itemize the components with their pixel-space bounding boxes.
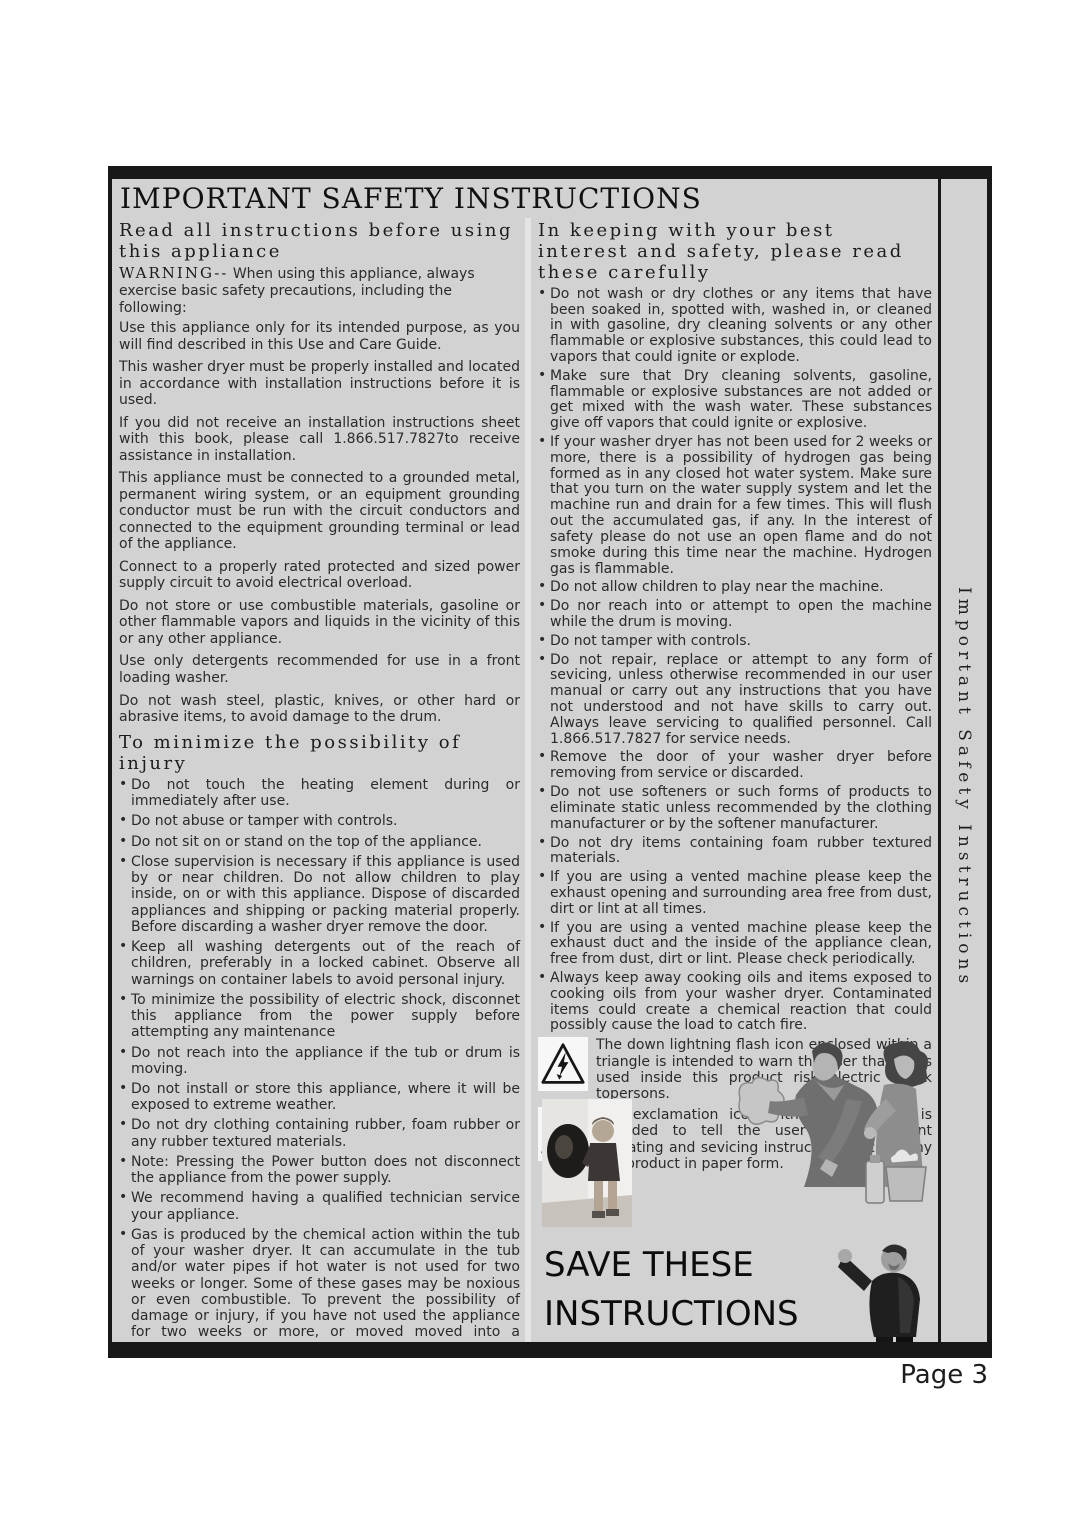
paragraph: This appliance must be connected to a gr… [119,470,520,553]
document-frame: IMPORTANT SAFETY INSTRUCTIONS Read all i… [108,166,992,1358]
paragraph: Use only detergents recommended for use … [119,653,520,686]
bottom-black-bar [108,1342,992,1358]
paragraph: This washer dryer must be properly insta… [119,359,520,409]
top-black-bar [108,166,992,179]
bullet-item: Do not wash or dry clothes or any items … [538,287,932,366]
bullet-item: Do not reach into the appliance if the t… [119,1045,520,1077]
right-bullet-list: Do not wash or dry clothes or any items … [538,287,932,1035]
bullet-item: We recommend having a qualified technici… [119,1190,520,1222]
bullet-item: Always keep away cooking oils and items … [538,971,932,1034]
main-panel: IMPORTANT SAFETY INSTRUCTIONS Read all i… [108,179,938,1342]
warning-label: WARNING-- [119,264,228,282]
bullet-item: If you are using a vented machine please… [538,870,932,917]
paragraph: If you did not receive an installation i… [119,415,520,465]
couple-folding-laundry-illustration [734,1037,938,1232]
bullet-item: Do not touch the heating element during … [119,777,520,809]
bullet-item: Do not install or store this appliance, … [119,1081,520,1113]
save-these-instructions-text: SAVE THESE INSTRUCTIONS [544,1241,799,1340]
bullet-item: Note: Pressing the Power button does not… [119,1154,520,1186]
paragraph: Do not wash steel, plastic, knives, or o… [119,693,520,726]
bullet-item: Do not dry clothing containing rubber, f… [119,1117,520,1149]
bullet-item: Make sure that Dry cleaning solvents, ga… [538,369,932,432]
bullet-item: Remove the door of your washer dryer bef… [538,750,932,782]
left-paragraph-list: Use this appliance only for its intended… [119,320,520,725]
injury-heading: To minimize the possibility of injury [119,732,520,774]
paragraph: Use this appliance only for its intended… [119,320,520,353]
paragraph: Do not store or use combustible material… [119,598,520,648]
left-column-heading: Read all instructions before using this … [119,220,520,262]
child-at-washer-photo [542,1099,632,1227]
bullet-item: Do not sit on or stand on the top of the… [119,834,520,850]
content-row: IMPORTANT SAFETY INSTRUCTIONS Read all i… [108,179,992,1342]
bullet-item: Do nor reach into or attempt to open the… [538,599,932,631]
right-sidebar: Important Safety Instructions [938,179,992,1342]
bullet-item: To minimize the possibility of electric … [119,992,520,1041]
bullet-item: Do not repair, replace or attempt to any… [538,653,932,748]
page-title: IMPORTANT SAFETY INSTRUCTIONS [120,182,932,215]
bullet-item: Do not tamper with controls. [538,634,932,650]
bullet-item: Keep all washing detergents out of the r… [119,939,520,988]
bullet-item: If you are using a vented machine please… [538,921,932,968]
bullet-item: Gas is produced by the chemical action w… [119,1227,520,1342]
bullet-item: Do not abuse or tamper with controls. [119,813,520,829]
bullet-item: Close supervision is necessary if this a… [119,854,520,935]
bullet-item: If your washer dryer has not been used f… [538,435,932,577]
warning-paragraph: WARNING-- When using this appliance, alw… [119,265,520,316]
man-pointing-photo [838,1237,938,1342]
bullet-item: Do not allow children to play near the m… [538,580,932,596]
left-bullet-list: Do not touch the heating element during … [119,777,520,1342]
right-column-heading: In keeping with your best interest and s… [538,220,932,284]
bullet-item: Do not dry items containing foam rubber … [538,836,932,868]
sidebar-vertical-title: Important Safety Instructions [954,587,974,988]
paragraph: Connect to a properly rated protected an… [119,559,520,592]
left-column: Read all instructions before using this … [119,218,531,1342]
lightning-triangle-icon [538,1037,588,1091]
page-number: Page 3 [108,1360,988,1390]
bullet-item: Do not use softeners or such forms of pr… [538,785,932,832]
